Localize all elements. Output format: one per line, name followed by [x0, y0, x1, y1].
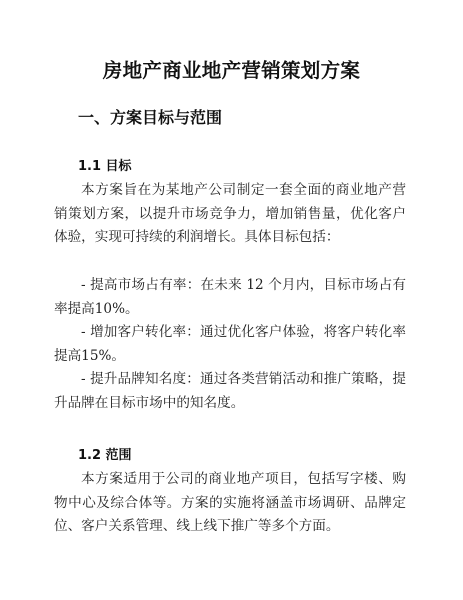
goal-bullet-brand-awareness: - 提升品牌知名度：通过各类营销活动和推广策略，提升品牌在目标市场中的知名度。 — [54, 368, 406, 415]
document-title: 房地产商业地产营销策划方案 — [0, 58, 463, 84]
goal-bullet-conversion-rate: - 增加客户转化率：通过优化客户体验，将客户转化率提高15%。 — [54, 321, 406, 368]
subsection-heading-scope: 1.2 范围 — [78, 446, 132, 466]
section-heading-goals-scope: 一、方案目标与范围 — [78, 107, 222, 129]
subsection-heading-goals: 1.1 目标 — [78, 157, 132, 177]
document-page: 房地产商业地产营销策划方案 一、方案目标与范围 1.1 目标 本方案旨在为某地产… — [0, 0, 463, 600]
goal-bullet-market-share: - 提高市场占有率：在未来 12 个月内，目标市场占有率提高10%。 — [54, 274, 406, 321]
goals-intro-paragraph: 本方案旨在为某地产公司制定一套全面的商业地产营销策划方案，以提升市场竞争力，增加… — [54, 179, 406, 250]
scope-paragraph: 本方案适用于公司的商业地产项目，包括写字楼、购物中心及综合体等。方案的实施将涵盖… — [54, 468, 406, 539]
